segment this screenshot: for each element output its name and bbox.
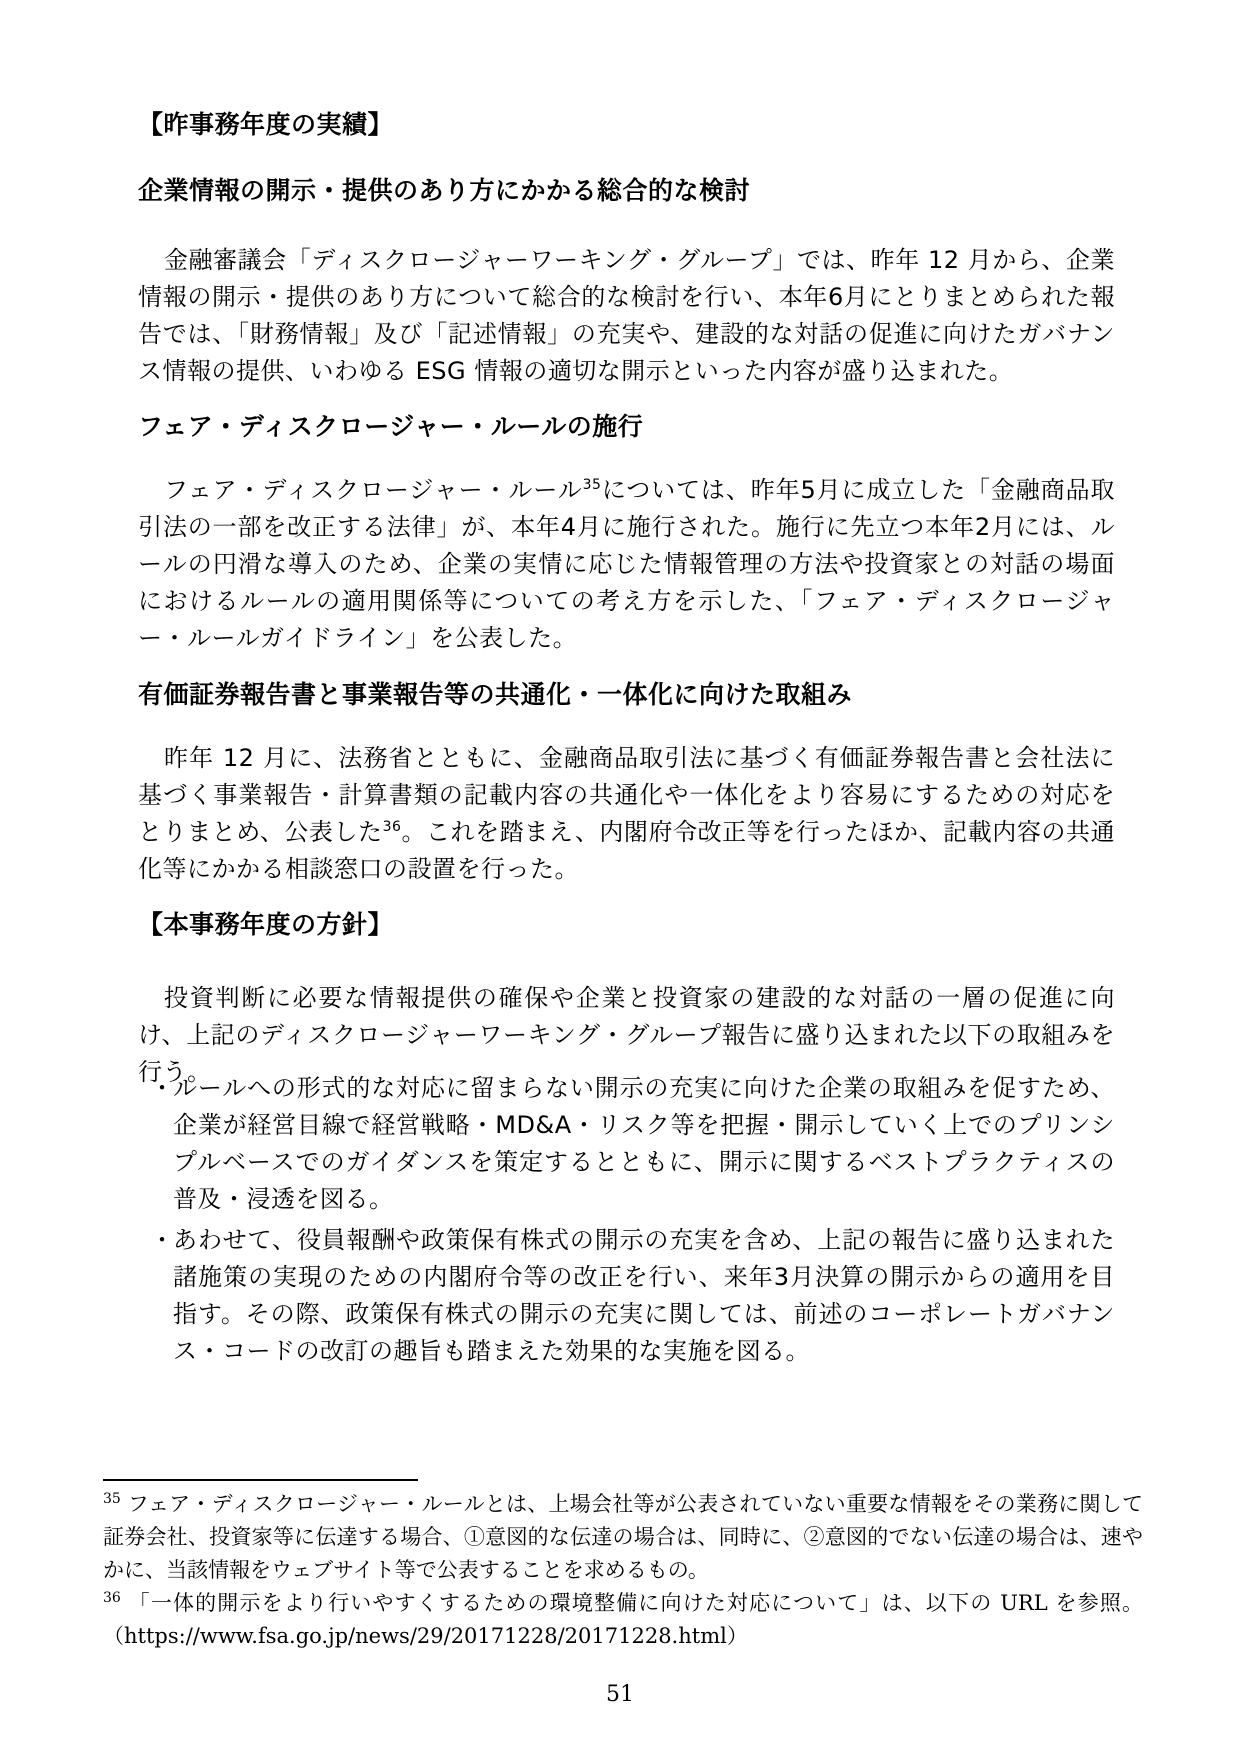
footnote-ref-36: 36 <box>383 819 402 835</box>
bullet-text: あわせて、役員報酬や政策保有株式の開示の充実を含め、上記の報告に盛り込まれた諸施… <box>173 1226 1115 1365</box>
footnote-marker-36: 36 <box>103 1590 121 1606</box>
footnote-marker-35: 35 <box>103 1491 121 1507</box>
footnote-separator-rule <box>103 1479 418 1481</box>
page-number: 51 <box>0 1682 1240 1707</box>
list-item: ・ルールへの形式的な対応に留まらない開示の充実に向けた企業の取組みを促すため、企… <box>138 1070 1115 1218</box>
paragraph-integrated-reporting: 昨年 12 月に、法務省とともに、金融商品取引法に基づく有価証券報告書と会社法に… <box>138 740 1115 888</box>
section-heading-prev-year-results: 【昨事務年度の実績】 <box>138 110 1115 140</box>
topic-heading-disclosure-review: 企業情報の開示・提供のあり方にかかる総合的な検討 <box>138 176 1115 206</box>
document-page: 【昨事務年度の実績】 企業情報の開示・提供のあり方にかかる総合的な検討 金融審議… <box>0 0 1240 1755</box>
paragraph-disclosure-review: 金融審議会「ディスクロージャーワーキング・グループ」では、昨年 12 月から、企… <box>138 242 1115 390</box>
footnote-text: ） <box>727 1624 748 1648</box>
footnote-35: 35 フェア・ディスクロージャー・ルールとは、上場会社等が公表されていない重要な… <box>103 1488 1143 1587</box>
topic-heading-fair-disclosure: フェア・ディスクロージャー・ルールの施行 <box>138 412 1115 442</box>
footnote-36: 36 「一体的開示をより行いやすくするための環境整備に向けた対応について」は、以… <box>103 1587 1143 1653</box>
topic-heading-integrated-reporting: 有価証券報告書と事業報告等の共通化・一体化に向けた取組み <box>138 680 1115 710</box>
paragraph-text: フェア・ディスクロージャー・ルール <box>164 476 583 504</box>
bullet-icon: ・ <box>150 1222 175 1259</box>
section-heading-current-year-policy: 【本事務年度の方針】 <box>138 910 1115 940</box>
footnote-text: フェア・ディスクロージャー・ルールとは、上場会社等が公表されていない重要な情報を… <box>103 1492 1143 1582</box>
footnote-ref-35: 35 <box>583 477 602 493</box>
bullet-icon: ・ <box>150 1070 175 1107</box>
footnote-url: https://www.fsa.go.jp/news/29/20171228/2… <box>124 1624 727 1648</box>
paragraph-fair-disclosure: フェア・ディスクロージャー・ルール35については、昨年5月に成立した「金融商品取… <box>138 472 1115 657</box>
footnotes-area: 35 フェア・ディスクロージャー・ルールとは、上場会社等が公表されていない重要な… <box>103 1488 1143 1653</box>
bullet-text: ルールへの形式的な対応に留まらない開示の充実に向けた企業の取組みを促すため、企業… <box>173 1074 1115 1213</box>
list-item: ・あわせて、役員報酬や政策保有株式の開示の充実を含め、上記の報告に盛り込まれた諸… <box>138 1222 1115 1370</box>
policy-bullet-list: ・ルールへの形式的な対応に留まらない開示の充実に向けた企業の取組みを促すため、企… <box>138 1070 1115 1370</box>
